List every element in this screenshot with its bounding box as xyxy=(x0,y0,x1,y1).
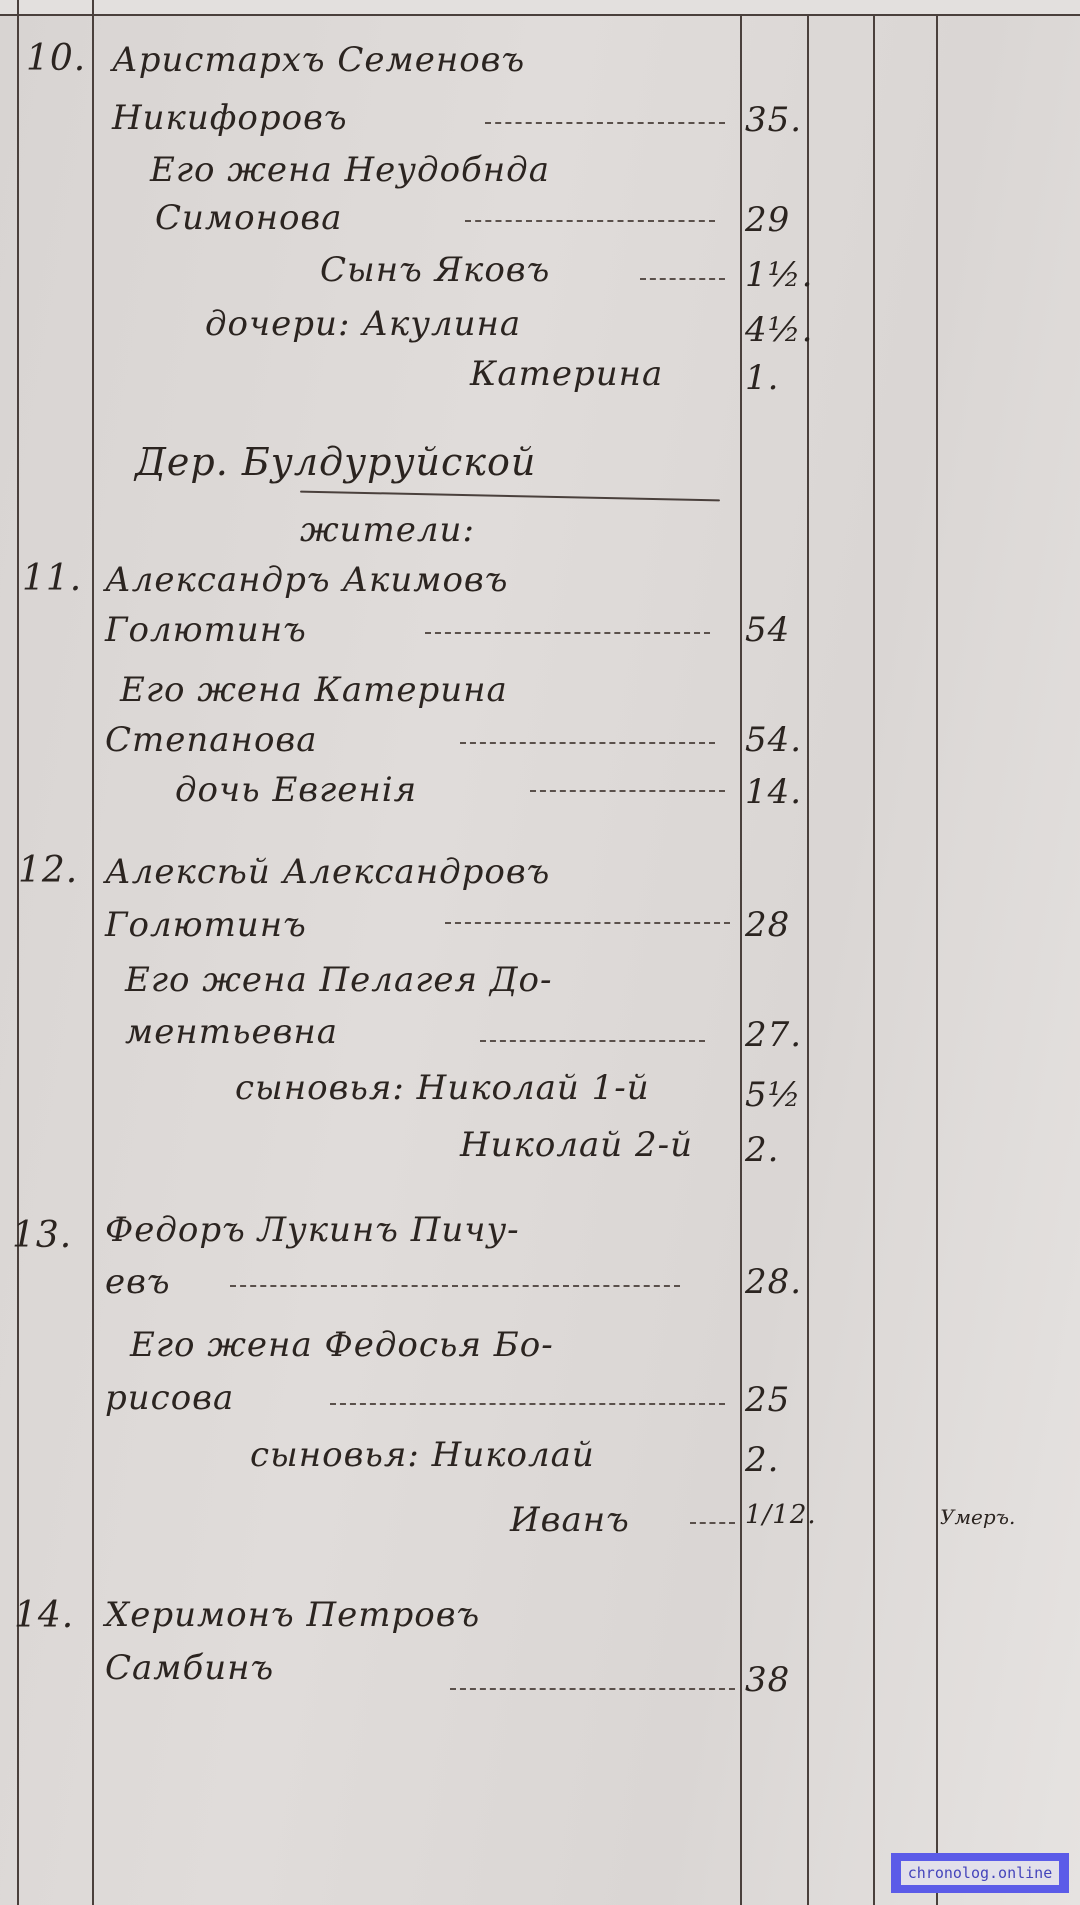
entry-line: Сынъ Яковъ xyxy=(320,250,550,290)
age-value: 28 xyxy=(745,905,790,945)
entry-line: Александръ Акимовъ xyxy=(105,560,508,600)
entry-line: Иванъ xyxy=(510,1500,630,1540)
age-value: 38 xyxy=(745,1660,790,1700)
leader-dashes xyxy=(450,1688,735,1690)
entry-line: Его жена Катерина xyxy=(120,670,508,710)
page-top-edge xyxy=(0,0,1080,15)
leader-dashes xyxy=(425,632,710,634)
age-value: 1/12. xyxy=(745,1500,817,1530)
age-value: 29 xyxy=(745,200,790,240)
leader-dashes xyxy=(460,742,715,744)
age-value: 1. xyxy=(745,358,779,398)
entry-line: сыновья: Николай 1-й xyxy=(235,1068,650,1108)
age-value: 2. xyxy=(745,1440,779,1480)
section-subheading: жители: xyxy=(300,510,475,550)
entry-line: дочери: Акулина xyxy=(205,304,521,344)
leader-dashes xyxy=(480,1040,705,1042)
remarks-note: Умеръ. xyxy=(940,1505,1015,1529)
leader-dashes xyxy=(640,278,725,280)
heading-underline xyxy=(300,491,720,502)
age-value: 1½. xyxy=(745,255,813,295)
entry-line: Аристархъ Семеновъ xyxy=(112,40,525,80)
leader-dashes xyxy=(530,790,725,792)
age-value: 5½ xyxy=(745,1075,802,1115)
entry-line: евъ xyxy=(105,1262,171,1302)
leader-dashes xyxy=(330,1403,725,1405)
entry-line: Степанова xyxy=(105,720,317,760)
age-value: 4½. xyxy=(745,310,813,350)
entry-number: 12. xyxy=(18,850,78,891)
entry-line: Алексѣй Александровъ xyxy=(105,852,550,892)
column-border-number xyxy=(92,0,94,1905)
leader-dashes xyxy=(690,1522,735,1524)
entry-line: Федоръ Лукинъ Пичу- xyxy=(105,1210,520,1250)
age-value: 28. xyxy=(745,1262,802,1302)
entry-line: дочь Евгенія xyxy=(175,770,417,810)
entry-line: Голютинъ xyxy=(105,610,307,650)
entry-number: 13. xyxy=(12,1215,72,1256)
entry-line: Никифоровъ xyxy=(112,98,348,138)
leader-dashes xyxy=(465,220,715,222)
document-page: 10. Аристархъ Семеновъ Никифоровъ 35. Ег… xyxy=(0,0,1080,1905)
entry-line: Его жена Пелагея До- xyxy=(125,960,552,1000)
entry-number: 10. xyxy=(26,38,86,79)
age-value: 54. xyxy=(745,720,802,760)
entry-line: ментьевна xyxy=(125,1012,338,1052)
entry-line: Николай 2-й xyxy=(460,1125,693,1165)
entry-number: 11. xyxy=(22,558,82,599)
column-border-3 xyxy=(873,14,875,1905)
entry-number: 14. xyxy=(14,1595,74,1636)
entry-line: рисова xyxy=(105,1378,234,1418)
column-border-age xyxy=(807,14,809,1905)
header-rule xyxy=(0,14,1080,16)
entry-line: Его жена Федосья Бо- xyxy=(130,1325,554,1365)
leader-dashes xyxy=(485,122,725,124)
entry-line: Голютинъ xyxy=(105,905,307,945)
age-value: 25 xyxy=(745,1380,790,1420)
column-border-names xyxy=(740,14,742,1905)
watermark-text: chronolog.online xyxy=(901,1861,1059,1885)
age-value: 2. xyxy=(745,1130,779,1170)
age-value: 54 xyxy=(745,610,790,650)
leader-dashes xyxy=(445,922,730,924)
leader-dashes xyxy=(230,1285,680,1287)
watermark-badge: chronolog.online xyxy=(891,1853,1069,1893)
column-border-4 xyxy=(936,14,938,1905)
age-value: 27. xyxy=(745,1015,802,1055)
entry-line: сыновья: Николай xyxy=(250,1435,595,1475)
entry-line: Самбинъ xyxy=(105,1648,274,1688)
age-value: 35. xyxy=(745,100,802,140)
age-value: 14. xyxy=(745,772,802,812)
entry-line: Его жена Неудобнда xyxy=(150,150,550,190)
entry-line: Симонова xyxy=(155,198,343,238)
section-heading: Дер. Булдуруйской xyxy=(135,440,536,484)
entry-line: Катерина xyxy=(470,354,663,394)
entry-line: Херимонъ Петровъ xyxy=(105,1595,480,1635)
